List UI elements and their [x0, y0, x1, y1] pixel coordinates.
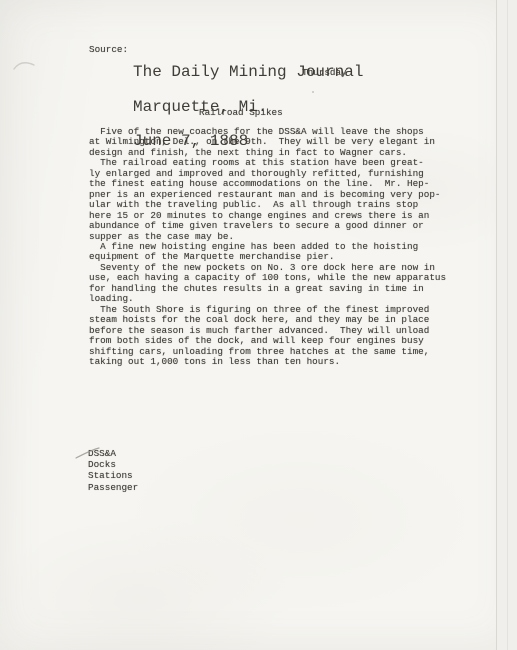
article-title: Railroad Spikes: [199, 107, 283, 118]
scanned-document-page: Source: The Daily Mining Journal Marquet…: [0, 0, 517, 650]
weekday-label: Thursday: [302, 67, 347, 79]
pencil-mark-icon: [13, 57, 37, 73]
check-mark-icon: [73, 446, 101, 461]
article-body: Five of the new coaches for the DSS&A wi…: [89, 127, 446, 367]
source-label: Source:: [89, 44, 128, 56]
keyword-item: Passenger: [88, 482, 138, 493]
keyword-item: Stations: [88, 470, 138, 481]
paper-edge-line: [496, 0, 497, 650]
paper-edge-shadow: [507, 0, 508, 650]
